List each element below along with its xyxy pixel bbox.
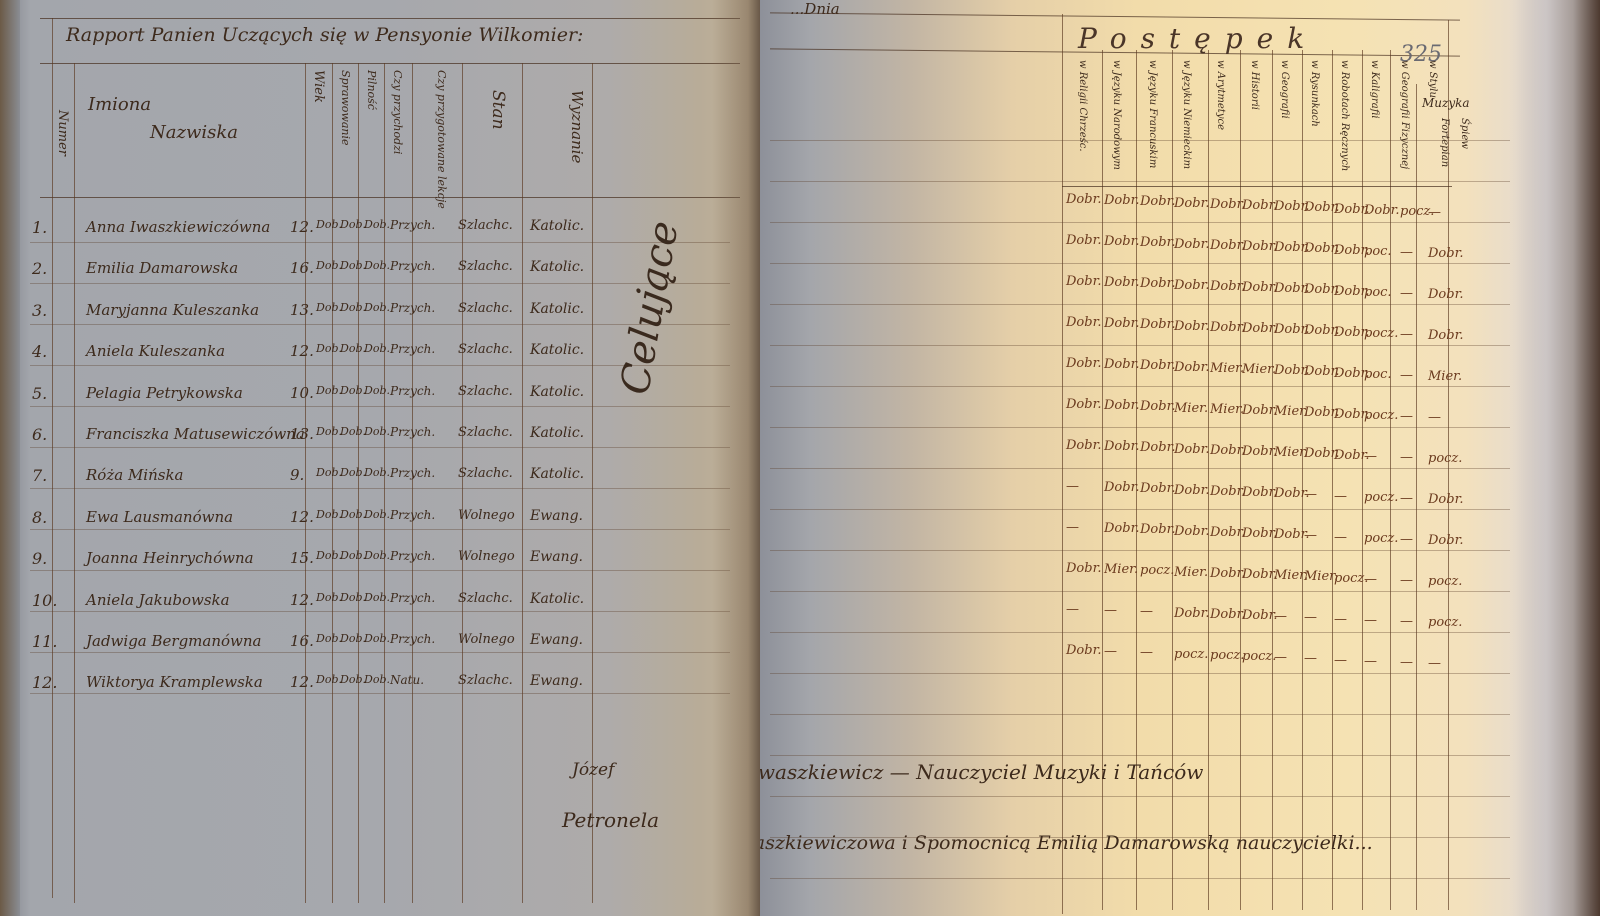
student-name: Pelagia Petrykowska [86,384,243,402]
social-status: Szlachc. [458,384,513,399]
subject-header: w Religii Chrześc. [1077,60,1088,152]
postepek-heading: Postępek [1078,22,1318,55]
col-rule [1272,50,1273,910]
row-number: 5. [32,384,47,403]
student-age: 12. [290,591,314,609]
row-number: 12. [32,673,57,692]
student-age: 13. [290,301,314,319]
footer-name-2: Petronela [562,808,659,832]
student-name: Emilia Damarowska [86,259,238,277]
social-status: Szlachc. [458,342,513,357]
social-status: Szlachc. [458,301,513,316]
row-number: 10. [32,591,57,610]
grade-cell: — [1428,410,1441,425]
row-rule [30,693,730,694]
grade-cell: — [1140,645,1153,660]
grade-cell: pocz. [1428,615,1462,630]
ruled-line [770,222,1510,223]
ruled-line [770,509,1510,510]
grade-cell: — [1334,612,1347,627]
subject-header: w Robotach Ręcznych [1339,60,1350,171]
grade-cell: Dobr. [1242,485,1278,500]
grade-cell: Dobr. [1174,483,1210,498]
grade-cell: Dobr. [1242,403,1278,418]
grade-c: Dob. [364,384,390,397]
grade-cell: Dobr. [1104,234,1140,249]
grade-c: Dob. [364,218,390,231]
student-name: Wiktorya Kramplewska [86,673,263,691]
subject-header: w Geografii [1279,60,1290,119]
attendance: Przych. [390,591,435,605]
grade-cell: — [1400,614,1413,629]
teacher-line: Iwaszkiewicz — Nauczyciel Muzyki i Tańcó… [760,760,1203,784]
student-name: Aniela Jakubowska [86,591,230,609]
grade-cell: Dobr. [1066,192,1102,207]
grade-cell: Dobr. [1364,203,1400,218]
ruled-line [770,140,1510,141]
grade-cell: — [1066,520,1079,535]
grade-cell: Dobr. [1066,315,1102,330]
grade-cell: Dobr. [1428,533,1464,548]
attendance: Przych. [390,466,435,480]
col-rule [384,63,385,903]
header-stan: Stan [488,90,508,130]
grade-cell: Dobr. [1174,606,1210,621]
grade-cell: Dobr. [1066,643,1102,658]
grade-cell: Dobr. [1140,522,1176,537]
grade-a: Dob. [316,549,342,562]
grade-cell: Mier. [1174,401,1208,416]
subject-header: w Języku Narodowym [1111,60,1122,170]
grade-cell: Dobr. [1140,317,1176,332]
row-rule [30,652,730,653]
grade-c: Dob. [364,425,390,438]
vertical-note: Celujące [612,218,688,398]
left-page: Rapport Panien Uczących się w Pensyonie … [0,0,760,916]
grade-cell: Dobr. [1066,397,1102,412]
grade-cell: — [1364,572,1377,587]
grade-a: Dob. [316,259,342,272]
grade-cell: Mier. [1274,445,1308,460]
student-name: Aniela Kuleszanka [86,342,225,360]
grade-cell: — [1304,610,1317,625]
header-col-c: Czy przychodzi [391,70,404,154]
grade-cell: — [1274,609,1287,624]
grade-c: Dob. [364,632,390,645]
grade-cell: Dobr. [1210,443,1246,458]
grade-cell: pocz. [1210,648,1244,663]
grade-b: Dob. [340,425,366,438]
grade-cell: pocz. [1428,574,1462,589]
grade-cell: Mier. [1304,569,1338,584]
row-rule [30,283,730,284]
ruled-line [770,345,1510,346]
row-rule [30,570,730,571]
muzyka-label: Muzyka [1422,96,1470,110]
gutter-shadow [712,0,760,916]
grade-a: Dob. [316,466,342,479]
grade-c: Dob. [364,259,390,272]
student-age: 12. [290,342,314,360]
grade-cell: Dobr. [1140,358,1176,373]
header-wyznanie: Wyznanie [568,90,586,163]
row-rule [30,447,730,448]
ruled-line [770,714,1510,715]
header-rule [40,63,740,64]
grade-c: Dob. [364,466,390,479]
row-rule [30,488,730,489]
attendance: Przych. [390,218,435,232]
header-bottom-rule [40,197,740,198]
col-rule [522,63,523,903]
grade-cell: Mier. [1274,404,1308,419]
ruled-line [770,632,1510,633]
grade-cell: Dobr. [1242,608,1278,623]
grade-a: Dob. [316,218,342,231]
row-rule [30,611,730,612]
grade-cell: — [1066,602,1079,617]
student-age: 16. [290,259,314,277]
header-col-a: Sprawowanie [339,70,352,146]
grade-cell: Dobr. [1140,235,1176,250]
ruled-line [770,755,1510,756]
student-age: 9. [290,466,304,484]
top-rule [40,18,740,19]
student-age: 12. [290,218,314,236]
student-age: 12. [290,508,314,526]
col-rule [332,63,333,903]
grade-cell: Dobr. [1428,287,1464,302]
grade-cell: Dobr. [1210,238,1246,253]
grade-cell: Dobr. [1210,607,1246,622]
grade-cell: Dobr. [1428,328,1464,343]
col-rule [1362,50,1363,910]
col-rule [1240,50,1241,910]
grade-cell: Dobr. [1066,561,1102,576]
top-rule [770,12,1460,20]
grade-cell: Dobr. [1242,321,1278,336]
student-name: Róża Mińska [86,466,184,484]
grade-b: Dob. [340,673,366,686]
student-age: 13. [290,425,314,443]
row-rule [30,242,730,243]
grade-cell: — [1400,327,1413,342]
grade-cell: — [1304,487,1317,502]
religion: Katolic. [530,425,584,441]
col-rule [1302,50,1303,910]
grade-b: Dob. [340,466,366,479]
grade-cell: Mier. [1210,402,1244,417]
student-name: Anna Iwaszkiewiczówna [86,218,270,236]
grade-b: Dob. [340,591,366,604]
grade-cell: Dobr. [1174,196,1210,211]
grade-cell: — [1274,650,1287,665]
religion: Ewang. [530,508,583,524]
religion: Katolic. [530,384,584,400]
subject-header: w Historii [1249,60,1260,110]
religion: Ewang. [530,632,583,648]
subject-header: w Stylu [1427,60,1438,98]
grade-b: Dob. [340,259,366,272]
student-name: Joanna Heinrychówna [86,549,254,567]
header-numer: Numer [55,110,70,156]
grade-cell: pocz. [1242,649,1276,664]
grade-cell: Dobr. [1174,360,1210,375]
ruled-line [770,468,1510,469]
footer-name-1: Józef [572,760,614,780]
grade-a: Dob. [316,591,342,604]
row-number: 1. [32,218,47,237]
report-title: Rapport Panien Uczących się w Pensyonie … [66,24,583,46]
grade-cell: — [1428,656,1441,671]
grade-cell: Dobr. [1242,444,1278,459]
ruled-line [770,673,1510,674]
row-rule [30,406,730,407]
grade-cell: Dobr. [1140,194,1176,209]
student-name: Ewa Lausmanówna [86,508,233,526]
subject-header: w Języku Francuskim [1147,60,1158,168]
col-rule [1208,50,1209,910]
ruled-line [770,304,1510,305]
social-status: Wolnego [458,632,515,647]
grade-b: Dob. [340,218,366,231]
religion: Katolic. [530,301,584,317]
row-number: 8. [32,508,47,527]
grade-cell: Mier. [1274,568,1308,583]
grade-cell: — [1066,479,1079,494]
grade-a: Dob. [316,425,342,438]
grade-a: Dob. [316,342,342,355]
ruled-line [770,386,1510,387]
row-number: 7. [32,466,47,485]
grade-a: Dob. [316,508,342,521]
student-age: 12. [290,673,314,691]
grade-cell: pocz. [1364,408,1398,423]
grade-header-rule [1062,186,1452,187]
social-status: Szlachc. [458,425,513,440]
grade-cell: — [1428,205,1441,220]
grade-cell: Dobr. [1104,316,1140,331]
grade-b: Dob. [340,632,366,645]
grade-cell: Dobr. [1104,275,1140,290]
row-number: 11. [32,632,57,651]
grade-b: Dob. [340,508,366,521]
religion: Katolic. [530,342,584,358]
grade-cell: — [1400,532,1413,547]
grade-cell: Mier. [1428,369,1462,384]
grade-cell: — [1400,450,1413,465]
student-name: Jadwiga Bergmanówna [86,632,261,650]
grade-cell: Dobr. [1140,481,1176,496]
grade-cell: Dobr. [1140,440,1176,455]
attendance: Przych. [390,259,435,273]
ruled-line [770,591,1510,592]
grade-cell: — [1400,245,1413,260]
grade-cell: Dobr. [1242,280,1278,295]
ruled-line [770,427,1510,428]
grade-cell: Dobr. [1066,356,1102,371]
grade-cell: — [1364,449,1377,464]
header-col-b: Pilność [365,70,378,110]
grade-cell: — [1304,651,1317,666]
grade-cell: Dobr. [1174,524,1210,539]
ruled-line [770,263,1510,264]
row-number: 9. [32,549,47,568]
grade-cell: — [1334,653,1347,668]
assistant-line: Iwaszkiewiczowa i Spomocnicą Emilią Dama… [760,832,1373,854]
grade-cell: Mier. [1174,565,1208,580]
grade-cell: Dobr. [1210,566,1246,581]
attendance: Przych. [390,632,435,646]
grade-cell: Dobr. [1242,239,1278,254]
grade-cell: — [1400,409,1413,424]
grade-cell: Dobr. [1140,276,1176,291]
header-col-d: Czy przygotowane lekcje [435,70,448,209]
student-age: 15. [290,549,314,567]
ruled-line [770,878,1510,879]
grade-b: Dob. [340,384,366,397]
grade-cell: — [1400,655,1413,670]
grade-cell: Dobr. [1210,320,1246,335]
grade-cell: Dobr. [1104,357,1140,372]
grade-cell: Dobr. [1428,246,1464,261]
grade-b: Dob. [340,342,366,355]
grade-cell: — [1334,489,1347,504]
ruled-line [770,550,1510,551]
social-status: Wolnego [458,508,515,523]
grade-cell: pocz. [1174,647,1208,662]
col-rule [358,63,359,903]
grade-a: Dob. [316,384,342,397]
grade-cell: Dobr. [1174,442,1210,457]
grade-cell: poc. [1364,367,1392,382]
ruled-line [770,796,1510,797]
social-status: Szlachc. [458,466,513,481]
grade-c: Dob. [364,342,390,355]
subject-header: Śpiew [1459,118,1470,149]
social-status: Szlachc. [458,591,513,606]
attendance: Przych. [390,301,435,315]
attendance: Przych. [390,508,435,522]
grade-cell: Dobr. [1428,492,1464,507]
col-rule [305,63,306,903]
grade-cell: — [1400,573,1413,588]
student-name: Maryjanna Kuleszanka [86,301,259,319]
grade-cell: poc. [1364,285,1392,300]
top-fragment: ...Dnia [790,0,840,18]
student-age: 10. [290,384,314,402]
grade-cell: — [1104,603,1117,618]
student-age: 16. [290,632,314,650]
grade-c: Dob. [364,508,390,521]
grade-cell: — [1400,491,1413,506]
grade-cell: Dobr. [1174,278,1210,293]
attendance: Przych. [390,425,435,439]
grade-cell: pocz. [1364,490,1398,505]
grade-cell: Dobr. [1210,279,1246,294]
row-number: 3. [32,301,47,320]
grade-cell: pocz. [1364,531,1398,546]
grade-cell: Dobr. [1104,480,1140,495]
grade-cell: Dobr. [1210,525,1246,540]
grade-cell: — [1104,644,1117,659]
col-rule [462,63,463,903]
header-wiek: Wiek [311,70,326,103]
grade-b: Dob. [340,549,366,562]
attendance: Przych. [390,342,435,356]
grade-cell: — [1364,654,1377,669]
grade-c: Dob. [364,301,390,314]
social-status: Wolnego [458,549,515,564]
grade-cell: Dobr. [1174,237,1210,252]
grade-a: Dob. [316,301,342,314]
grade-a: Dob. [316,673,342,686]
grade-cell: pocz. [1364,326,1398,341]
subject-header: Fortepian [1439,118,1450,167]
row-rule [30,529,730,530]
col-rule [52,18,53,898]
grade-cell: pocz. [1428,451,1462,466]
grade-cell: Dobr. [1242,198,1278,213]
col-rule [1390,50,1391,910]
religion: Katolic. [530,259,584,275]
grade-cell: — [1364,613,1377,628]
col-rule [1332,50,1333,910]
grade-cell: Dobr. [1174,319,1210,334]
social-status: Szlachc. [458,218,513,233]
grade-cell: Dobr. [1066,438,1102,453]
grade-cell: — [1400,286,1413,301]
attendance: Natu. [390,673,424,687]
header-imiona: Imiona [88,94,151,115]
row-number: 2. [32,259,47,278]
religion: Katolic. [530,218,584,234]
subject-header: w Rysunkach [1309,60,1320,127]
subject-header: w Języku Niemieckim [1181,60,1192,169]
religion: Ewang. [530,549,583,565]
religion: Katolic. [530,466,584,482]
grade-cell: — [1334,530,1347,545]
subject-header: w Arytmetyce [1215,60,1226,130]
grade-cell: Dobr. [1242,567,1278,582]
grade-c: Dob. [364,591,390,604]
grade-cell: Dobr. [1104,398,1140,413]
student-name: Franciszka Matusewiczówna [86,425,305,443]
grade-cell: Dobr. [1066,233,1102,248]
social-status: Szlachc. [458,673,513,688]
grade-cell: Dobr. [1140,399,1176,414]
grade-cell: pocz. [1140,563,1174,578]
grade-cell: Dobr. [1210,484,1246,499]
grade-cell: Dobr. [1104,193,1140,208]
social-status: Szlachc. [458,259,513,274]
grade-cell: Mier. [1210,361,1244,376]
religion: Katolic. [530,591,584,607]
row-number: 6. [32,425,47,444]
religion: Ewang. [530,673,583,689]
grade-cell: Dobr. [1210,197,1246,212]
grade-c: Dob. [364,549,390,562]
header-nazwiska: Nazwiska [150,122,238,143]
grade-c: Dob. [364,673,390,686]
col-rule [74,63,75,903]
attendance: Przych. [390,549,435,563]
grade-cell: poc. [1364,244,1392,259]
grade-cell: Mier. [1104,562,1138,577]
grade-cell: Mier. [1242,362,1276,377]
col-rule [412,63,413,903]
grade-a: Dob. [316,632,342,645]
